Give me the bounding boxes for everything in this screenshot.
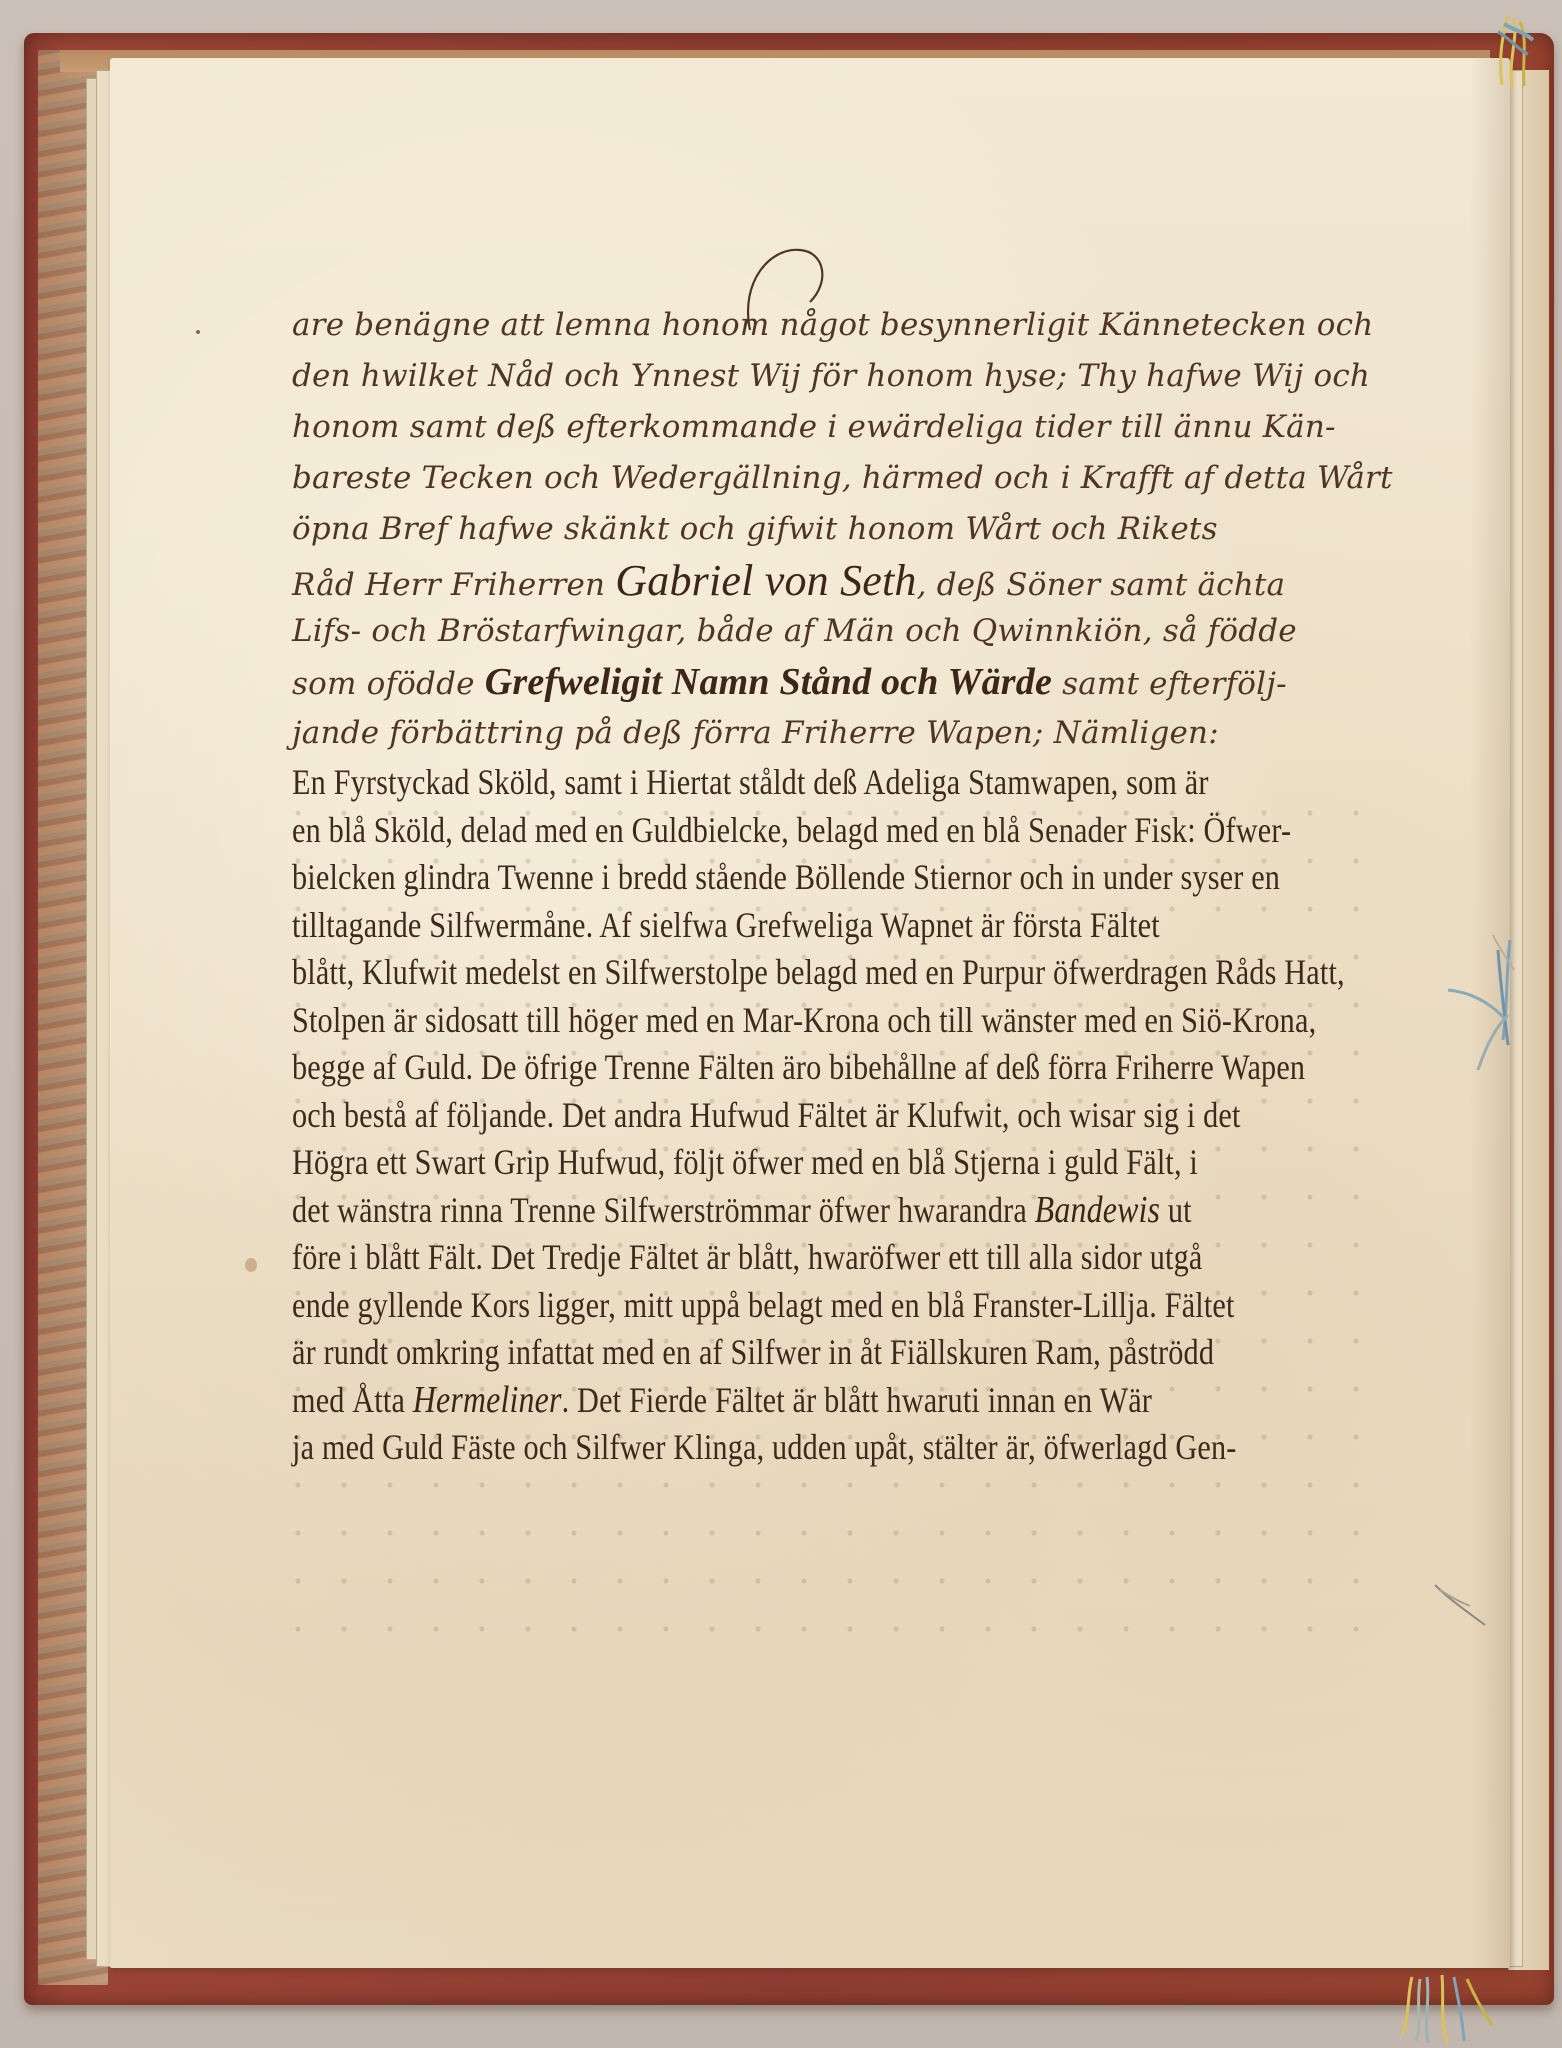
- foxing-spot: [245, 1258, 257, 1272]
- interline-flourish: [292, 1144, 1372, 1154]
- top-right-thread-icon: [1478, 10, 1548, 90]
- text-line: bareste Tecken och Wedergällning, härmed…: [292, 453, 1372, 504]
- text-line: honom samt deß efterkommande i ewärdelig…: [292, 402, 1372, 453]
- text-line: En Fyrstyckad Sköld, samt i Hiertat stål…: [292, 759, 1199, 807]
- text-segment: Råd Herr Friherren: [292, 567, 615, 603]
- grantee-name: Gabriel von Seth: [615, 556, 916, 605]
- interline-flourish: [292, 904, 1372, 914]
- text-segment: som ofödde: [292, 666, 485, 702]
- interline-flourish: [292, 808, 1372, 818]
- text-line: öpna Bref hafwe skänkt och gifwit honom …: [292, 504, 1372, 555]
- interline-flourish: [292, 1192, 1372, 1202]
- interline-flourish: [292, 1528, 1372, 1538]
- text-line: jande förbättring på deß förra Friherre …: [292, 708, 1372, 759]
- interline-flourish: [292, 1384, 1372, 1394]
- interline-flourish: [292, 1240, 1372, 1250]
- interline-flourish: [292, 952, 1372, 962]
- interline-flourish: [292, 1096, 1372, 1106]
- interline-flourish: [292, 1288, 1372, 1298]
- text-line: Råd Herr Friherren Gabriel von Seth, deß…: [292, 555, 1372, 606]
- interline-flourish: [292, 1480, 1372, 1490]
- text-segment: , deß Söner samt ächta: [917, 567, 1286, 603]
- interline-flourish: [292, 1432, 1372, 1442]
- bottom-right-thread-icon: [1392, 1975, 1502, 2045]
- text-line: som ofödde Grefweligit Namn Stånd och Wä…: [292, 657, 1372, 708]
- interline-flourish: [292, 1336, 1372, 1346]
- text-segment: samt efterfölj-: [1052, 666, 1287, 702]
- text-line: Lifs- och Bröstarfwingar, både af Män oc…: [292, 606, 1372, 657]
- stray-thread-icon: [1430, 1580, 1490, 1630]
- interline-flourish: [292, 1000, 1372, 1010]
- interline-flourish: [292, 1048, 1372, 1058]
- ink-dot: [196, 330, 200, 334]
- text-line: are benägne att lemna honom något besynn…: [292, 300, 1372, 351]
- interline-flourish: [292, 1624, 1372, 1634]
- right-edge-thread-icon: [1448, 930, 1528, 1070]
- interline-flourish: [292, 856, 1372, 866]
- interline-flourish: [292, 1576, 1372, 1586]
- granted-title: Grefweligit Namn Stånd och Wärde: [485, 661, 1052, 703]
- text-line: den hwilket Nåd och Ynnest Wij för honom…: [292, 351, 1372, 402]
